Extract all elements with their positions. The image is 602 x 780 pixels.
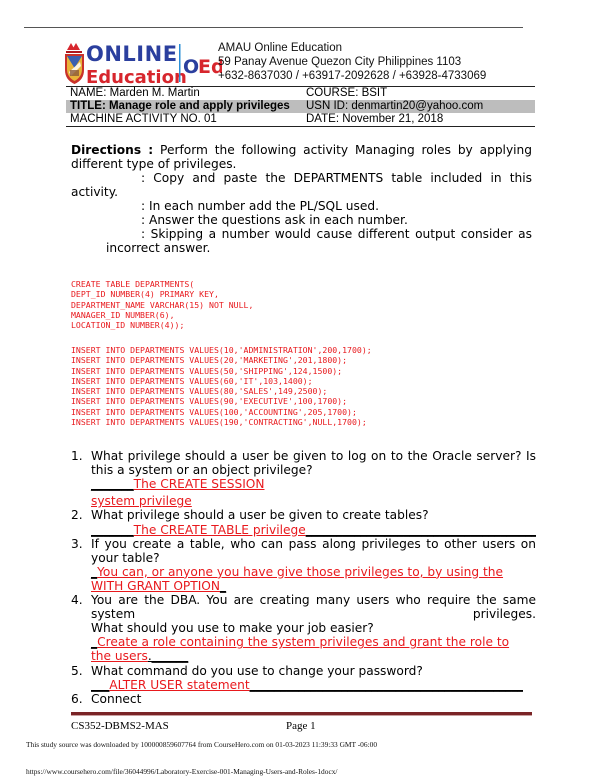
question-6: 6. Connect bbox=[71, 692, 536, 706]
info-row-name: NAME: Marden M. Martin COURSE: BSIT bbox=[66, 87, 535, 101]
usn-id: USN ID: denmartin20@yahoo.com bbox=[302, 100, 535, 113]
answer-line: _You can, or anyone you have give those … bbox=[91, 565, 531, 593]
question-number: 4. bbox=[71, 593, 83, 607]
questions-list: 1. What privilege should a user be given… bbox=[71, 449, 536, 706]
svg-text:Education: Education bbox=[86, 67, 187, 85]
question-2: 2. What privilege should a user be given… bbox=[71, 508, 536, 536]
machine-activity-no: MACHINE ACTIVITY NO. 01 bbox=[66, 113, 302, 127]
directions-label: Directions : bbox=[71, 143, 153, 157]
create-table-code: CREATE TABLE DEPARTMENTS( DEPT_ID NUMBER… bbox=[71, 279, 253, 330]
answer-line: _______The CREATE SESSION system privile… bbox=[91, 477, 286, 508]
info-row-activity: MACHINE ACTIVITY NO. 01 DATE: November 2… bbox=[66, 113, 535, 127]
top-rule bbox=[24, 27, 523, 28]
organization-info: AMAU Online Education 59 Panay Avenue Qu… bbox=[218, 41, 486, 83]
directions-section: Directions : Perform the following activ… bbox=[71, 143, 532, 255]
online-education-logo: ONLINE Education O Ed bbox=[62, 40, 222, 85]
question-text: If you create a table, who can pass alon… bbox=[91, 537, 536, 565]
question-3: 3. If you create a table, who can pass a… bbox=[71, 537, 536, 593]
org-phones: +632-8637030 / +63917-2092628 / +63928-4… bbox=[218, 69, 486, 83]
answer-text: You can, or anyone you have give those p… bbox=[91, 565, 503, 593]
question-number: 3. bbox=[71, 537, 83, 551]
directions-item-4: : Skipping a number would cause differen… bbox=[71, 227, 532, 255]
question-5: 5. What command do you use to change you… bbox=[71, 664, 536, 692]
question-number: 6. bbox=[71, 692, 83, 706]
question-4: 4. You are the DBA. You are creating man… bbox=[71, 593, 536, 663]
org-name: AMAU Online Education bbox=[218, 41, 486, 55]
ama-shield-icon: ONLINE Education O Ed bbox=[62, 40, 222, 85]
question-number: 5. bbox=[71, 664, 83, 678]
activity-title: TITLE: Manage role and apply privileges bbox=[66, 100, 302, 113]
question-number: 1. bbox=[71, 449, 83, 463]
answer-text: The CREATE TABLE privilege bbox=[134, 523, 306, 537]
question-text: You are the DBA. You are creating many u… bbox=[91, 593, 536, 607]
source-url[interactable]: https://www.coursehero.com/file/36044996… bbox=[26, 767, 337, 776]
info-row-title: TITLE: Manage role and apply privileges … bbox=[66, 100, 535, 113]
answer-line: ___ALTER USER statement_________________… bbox=[91, 678, 523, 692]
question-1: 1. What privilege should a user be given… bbox=[71, 449, 536, 508]
answer-line: _______The CREATE TABLE privilege_______… bbox=[91, 523, 536, 537]
question-text-cont: systemprivileges. bbox=[91, 607, 536, 621]
footer-page-number: Page 1 bbox=[286, 720, 316, 732]
directions-intro: Directions : Perform the following activ… bbox=[71, 143, 532, 171]
footer-rule bbox=[71, 712, 532, 716]
directions-item-1: : Copy and paste the DEPARTMENTS table i… bbox=[71, 171, 532, 199]
org-address: 59 Panay Avenue Quezon City Philippines … bbox=[218, 55, 486, 69]
svg-text:O: O bbox=[183, 56, 199, 78]
question-text: What privilege should a user be given to… bbox=[91, 449, 536, 477]
student-info-table: NAME: Marden M. Martin COURSE: BSIT TITL… bbox=[66, 86, 535, 127]
document-header: ONLINE Education O Ed AMAU Online Educat… bbox=[62, 40, 542, 85]
insert-statements-code: INSERT INTO DEPARTMENTS VALUES(10,'ADMIN… bbox=[71, 345, 372, 427]
question-text: What privilege should a user be given to… bbox=[91, 508, 536, 522]
date: DATE: November 21, 2018 bbox=[302, 113, 535, 127]
answer-text: ALTER USER statement bbox=[109, 678, 249, 692]
student-name: NAME: Marden M. Martin bbox=[66, 87, 302, 101]
answer-line: _Create a role containing the system pri… bbox=[91, 635, 531, 663]
question-text-cont2: What should you use to make your job eas… bbox=[91, 621, 536, 635]
svg-text:ONLINE: ONLINE bbox=[86, 42, 178, 66]
source-note: This study source was downloaded by 1000… bbox=[26, 740, 377, 749]
directions-item-2: : In each number add the PL/SQL used. bbox=[71, 199, 532, 213]
course: COURSE: BSIT bbox=[302, 87, 535, 101]
footer-course-code: CS352-DBMS2-MAS bbox=[71, 720, 169, 732]
question-text: Connect bbox=[91, 692, 536, 706]
question-number: 2. bbox=[71, 508, 83, 522]
question-text: What command do you use to change your p… bbox=[91, 664, 536, 678]
directions-item-3: : Answer the questions ask in each numbe… bbox=[71, 213, 532, 227]
